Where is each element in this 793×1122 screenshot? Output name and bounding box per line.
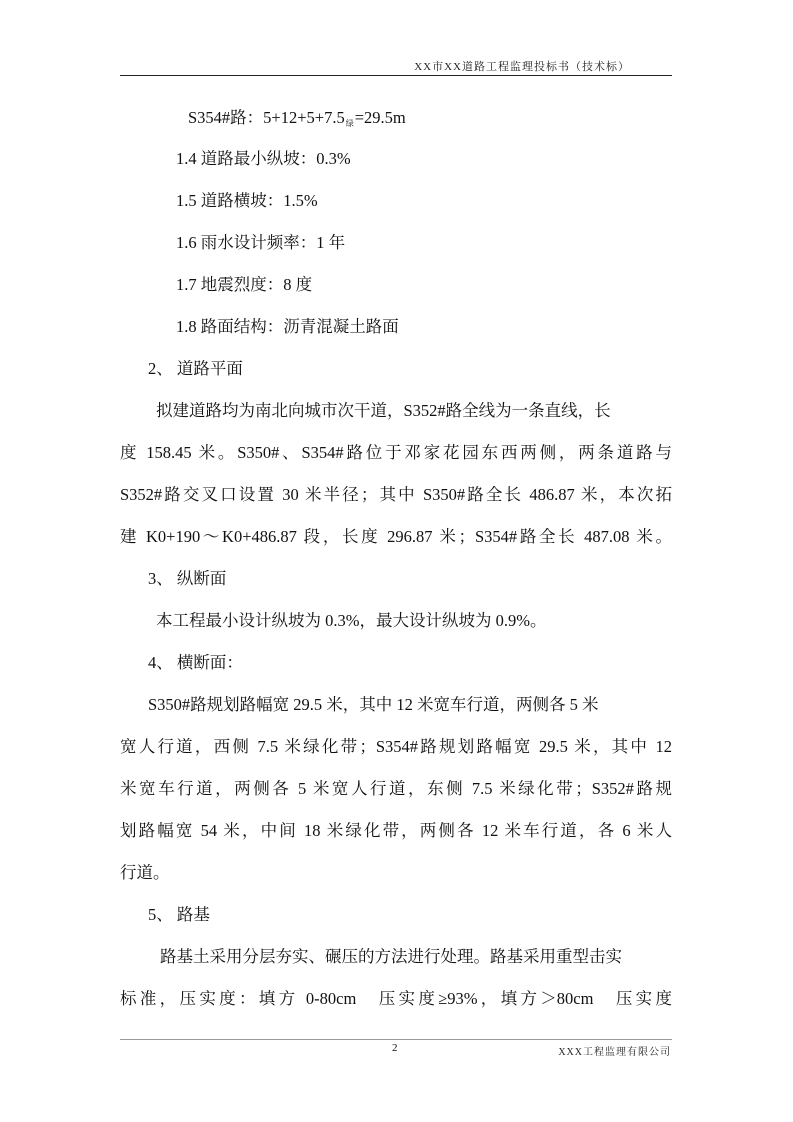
item-1-6: 1.6 雨水设计频率：1 年	[176, 231, 345, 255]
paragraph-line: 度 158.45 米。S350#、S354#路位于邓家花园东西两侧，两条道路与	[120, 441, 672, 465]
paragraph-line: S350#路规划路幅宽 29.5 米，其中 12 米宽车行道，两侧各 5 米	[148, 693, 672, 717]
paragraph-line: 行道。	[120, 861, 170, 885]
formula-suffix: =29.5m	[355, 108, 406, 127]
item-1-7: 1.7 地震烈度：8 度	[176, 273, 312, 297]
paragraph-line: 划路幅宽 54 米，中间 18 米绿化带，两侧各 12 米车行道，各 6 米人	[120, 819, 672, 843]
paragraph-line: 路基土采用分层夯实、碾压的方法进行处理。路基采用重型击实	[160, 945, 672, 969]
item-1-8: 1.8 路面结构：沥青混凝土路面	[176, 315, 399, 339]
footer-company: XXX工程监理有限公司	[558, 1043, 671, 1058]
section-heading-longitudinal: 3、 纵断面	[148, 567, 226, 591]
header-title: XX市XX道路工程监理投标书（技术标）	[414, 61, 672, 73]
page-header: XX市XX道路工程监理投标书（技术标）	[120, 57, 672, 76]
formula-prefix: S354#路：5+12+5+7.5	[188, 108, 345, 127]
section-heading-subgrade: 5、 路基	[148, 903, 210, 927]
paragraph-line: 建 K0+190～K0+486.87 段，长度 296.87 米；S354#路全…	[120, 525, 672, 549]
paragraph-line: 拟建道路均为南北向城市次干道，S352#路全线为一条直线，长	[156, 399, 672, 423]
paragraph-line: 宽人行道，西侧 7.5 米绿化带；S354#路规划路幅宽 29.5 米，其中 1…	[120, 735, 672, 759]
formula-subscript: 绿	[346, 119, 354, 128]
paragraph-line: 本工程最小设计纵坡为 0.3%，最大设计纵坡为 0.9%。	[156, 609, 547, 633]
section-heading-road-plan: 2、 道路平面	[148, 357, 243, 381]
item-1-4: 1.4 道路最小纵坡：0.3%	[176, 147, 351, 171]
section-heading-cross-section: 4、 横断面：	[148, 651, 243, 675]
paragraph-line: S352#路交叉口设置 30 米半径；其中 S350#路全长 486.87 米，…	[120, 483, 672, 507]
cross-section-formula: S354#路：5+12+5+7.5绿=29.5m	[188, 106, 406, 130]
item-1-5: 1.5 道路横坡：1.5%	[176, 189, 318, 213]
paragraph-line: 标准，压实度：填方 0-80cm 压实度≥93%，填方＞80cm 压实度	[120, 987, 672, 1011]
paragraph-line: 米宽车行道，两侧各 5 米宽人行道，东侧 7.5 米绿化带；S352#路规	[120, 777, 672, 801]
page-number: 2	[392, 1042, 398, 1054]
footer-divider	[120, 1039, 672, 1040]
